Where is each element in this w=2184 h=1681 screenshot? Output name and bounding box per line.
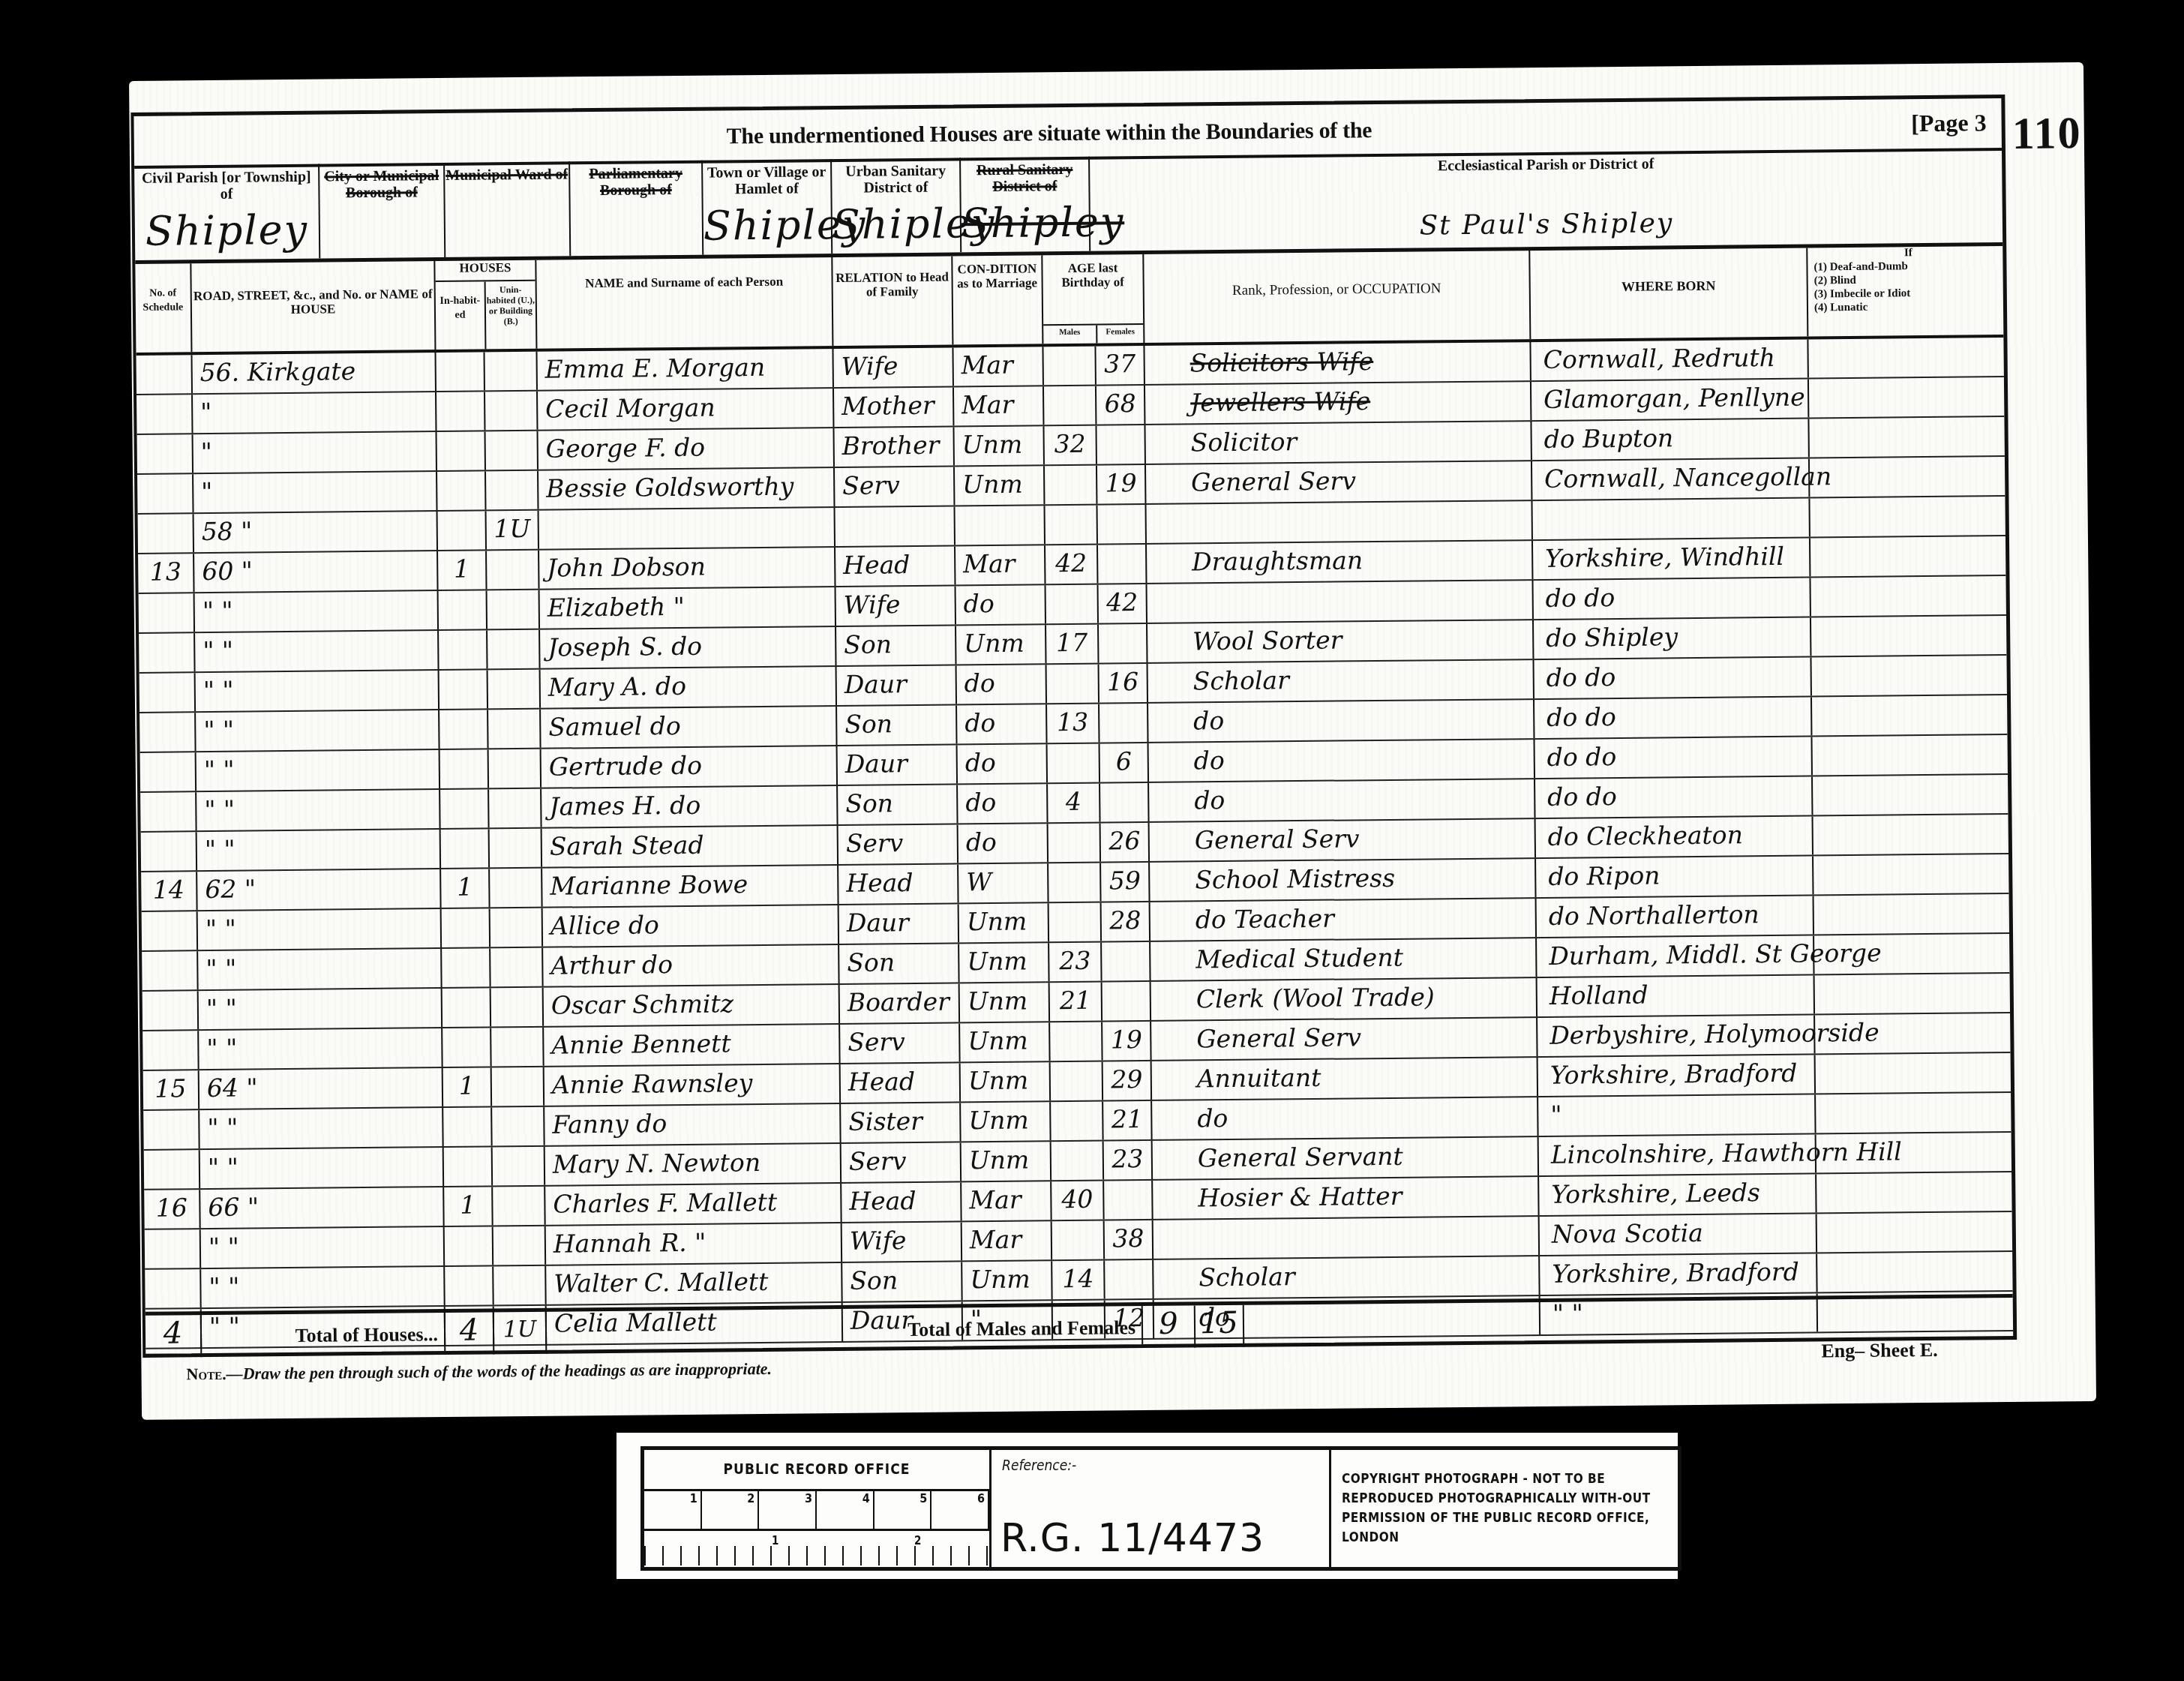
cell-schedule (144, 1150, 200, 1189)
cell-female-age (1097, 505, 1146, 544)
cell-road: " " (196, 750, 440, 791)
cell-female-age: 19 (1097, 465, 1146, 504)
cell-name: James H. do (541, 786, 838, 827)
cell-infirmity (1814, 894, 2009, 934)
cell-name: Gertrude do (541, 746, 838, 788)
header-road-label: ROAD, STREET, &c., and No. or NAME of HO… (191, 261, 434, 317)
cell-infirmity (1810, 497, 2005, 536)
cell-condition: do (956, 585, 1046, 624)
header-uninhabited: Unin-habited (U.), or Building (B.) (486, 281, 536, 350)
cell-male-age (1045, 466, 1097, 505)
cell-road: " " (196, 671, 439, 711)
cell-female-age: 21 (1103, 1101, 1152, 1140)
cell-name: Mary A. do (541, 667, 837, 708)
cell-condition: Unm (960, 1022, 1050, 1061)
cell-where-born: do do (1535, 737, 1813, 778)
census-page: 110 The undermentioned Houses are situat… (129, 62, 2096, 1420)
cell-uninhabited (491, 988, 544, 1027)
cell-road: 56. Kirkgate (193, 353, 436, 393)
cell-uninhabited (491, 1028, 544, 1067)
cell-infirmity (1810, 536, 2005, 576)
cell-inhabited (441, 829, 490, 868)
total-males: 9 (1143, 1305, 1196, 1348)
cell-name: Sarah Stead (542, 826, 838, 867)
cell-female-age: 19 (1102, 1022, 1151, 1061)
cell-name (539, 508, 835, 549)
cell-where-born: do do (1535, 776, 1813, 818)
cell-road: " " (199, 1028, 442, 1069)
cm-mark: 2 (702, 1491, 760, 1529)
cell-condition: Unm (956, 625, 1046, 664)
cell-where-born: do Cleckheaton (1536, 816, 1813, 857)
header-occupation: Rank, Profession, or OCCUPATION (1144, 251, 1531, 343)
cell-infirmity (1812, 735, 2007, 775)
header-infirmity-4: (4) Lunatic (1814, 299, 2003, 314)
area-value: Shipley (961, 202, 1090, 245)
cell-occupation: General Serv (1146, 461, 1532, 503)
cell-where-born: Cornwall, Redruth (1531, 340, 1808, 381)
cell-occupation: General Servant (1153, 1137, 1539, 1179)
cell-relation: Boarder (840, 983, 960, 1023)
cell-uninhabited (493, 1187, 545, 1226)
cell-female-age (1102, 942, 1150, 981)
cell-road: " " (198, 949, 442, 989)
cell-infirmity (1808, 338, 2003, 377)
header-relation-label: RELATION to Head of Family (832, 256, 952, 299)
cell-schedule (137, 434, 193, 473)
cell-inhabited (437, 471, 486, 510)
area-value: Shipley (832, 203, 961, 246)
cell-uninhabited (487, 590, 540, 629)
cell-relation: Daur (839, 904, 959, 944)
record-office-title: PUBLIC RECORD OFFICE (644, 1450, 989, 1491)
cell-name: Elizabeth " (540, 587, 836, 629)
cell-schedule (139, 673, 196, 712)
total-females: 15 (1195, 1305, 1245, 1348)
cell-inhabited (442, 988, 491, 1027)
cell-schedule (142, 951, 198, 990)
cell-female-age: 6 (1100, 743, 1149, 782)
area-label: Urban Sanitary District of (832, 158, 959, 197)
cell-uninhabited (489, 789, 541, 828)
cm-scale: 123456 (644, 1491, 989, 1531)
cell-road: " " (196, 710, 439, 751)
cell-inhabited (439, 630, 487, 669)
cell-road: " " (201, 1227, 445, 1268)
cell-inhabited: 1 (438, 551, 487, 590)
cell-male-age (1051, 1142, 1104, 1181)
cell-inhabited (442, 948, 490, 987)
cell-schedule (142, 1031, 199, 1070)
cell-road: 64 " (199, 1068, 443, 1109)
cell-relation: Head (841, 1063, 961, 1103)
total-schedules: 4 (145, 1315, 202, 1358)
cell-inhabited: 1 (443, 1067, 492, 1106)
header-name-label: NAME and Surname of each Person (536, 257, 831, 291)
cell-road: 58 " (194, 512, 438, 552)
cell-relation: Sister (841, 1103, 961, 1142)
cell-condition: Unm (962, 1261, 1052, 1300)
cell-female-age (1105, 1260, 1153, 1299)
cell-infirmity (1816, 1093, 2011, 1133)
cell-infirmity (1815, 1013, 2010, 1053)
area-box-1: Civil Parish [or Township] ofShipley (134, 164, 320, 260)
cell-inhabited (439, 710, 488, 749)
header-infirmity-2: (2) Blind (1814, 272, 2003, 287)
cell-male-age (1045, 506, 1097, 545)
cell-road: " (193, 392, 436, 433)
cell-infirmity (1817, 1252, 2012, 1292)
cell-uninhabited (493, 1226, 546, 1265)
cell-condition: do (958, 824, 1048, 863)
cell-condition: W (958, 863, 1048, 902)
header-schedule: No. of Schedule (135, 263, 192, 353)
cell-uninhabited (493, 1147, 545, 1186)
cell-male-age: 23 (1049, 943, 1102, 982)
cell-uninhabited (490, 948, 543, 987)
cell-relation: Head (841, 1182, 961, 1222)
cell-occupation: Draughtsman (1147, 541, 1533, 583)
cell-relation: Wife (842, 1222, 962, 1262)
cell-road: 60 " (194, 551, 438, 592)
cell-road: " " (201, 1267, 445, 1307)
header-condition-label: CON-DITION as to Marriage (952, 255, 1041, 290)
cell-relation: Son (839, 944, 959, 983)
cell-occupation: Medical Student (1150, 938, 1537, 980)
cell-female-age (1099, 704, 1148, 743)
cell-schedule (137, 474, 193, 513)
area-value (445, 248, 569, 250)
cell-male-age: 21 (1050, 983, 1102, 1022)
cell-name: Hannah R. " (546, 1223, 842, 1265)
cell-name: Allice do (543, 905, 839, 947)
cell-inhabited (445, 1226, 493, 1265)
cm-mark: 5 (874, 1491, 932, 1529)
cell-relation: Serv (835, 467, 955, 506)
header-relation: RELATION to Head of Family (832, 256, 953, 346)
cell-road: " " (195, 631, 439, 671)
cell-road: 66 " (200, 1187, 444, 1228)
cell-occupation: Annuitant (1152, 1058, 1538, 1100)
cell-male-age: 40 (1051, 1181, 1104, 1220)
cell-infirmity (1814, 934, 2009, 974)
cell-name: Oscar Schmitz (544, 985, 840, 1026)
cell-occupation: School Mistress (1150, 859, 1536, 901)
cell-relation: Serv (841, 1142, 961, 1182)
cell-schedule (136, 395, 193, 434)
cell-male-age (1049, 903, 1102, 942)
cell-road: " " (199, 989, 442, 1029)
form-title: The undermentioned Houses are situate wi… (727, 118, 1372, 149)
cell-uninhabited: 1U (487, 511, 539, 550)
cell-road: 62 " (197, 869, 441, 910)
cell-relation: Son (842, 1262, 962, 1301)
cell-female-age: 28 (1102, 902, 1150, 941)
header-condition: CON-DITION as to Marriage (952, 255, 1043, 344)
cell-schedule (139, 593, 195, 632)
cell-male-age: 13 (1047, 704, 1099, 743)
cell-infirmity (1809, 417, 2004, 457)
boundary-areas: Civil Parish [or Township] ofShipleyCity… (134, 148, 2002, 264)
cm-mark: 3 (759, 1491, 817, 1529)
cell-relation: Daur (838, 745, 958, 785)
reference-box: Reference:- R.G. 11/4473 (991, 1450, 1331, 1567)
total-inhabited: 4 (445, 1312, 495, 1355)
cell-female-age (1096, 425, 1145, 464)
footnote-text: —Draw the pen through such of the words … (226, 1359, 772, 1383)
cell-name: Cecil Morgan (538, 389, 834, 430)
cell-male-age: 42 (1045, 545, 1098, 584)
cell-name: Mary N. Newton (545, 1144, 841, 1185)
cell-infirmity (1811, 656, 2006, 695)
header-where-born: WHERE BORN (1530, 248, 1808, 340)
cell-female-age: 23 (1104, 1141, 1153, 1180)
cell-uninhabited (488, 670, 541, 709)
inch-scale: 12 (644, 1531, 989, 1565)
cell-schedule (138, 514, 194, 553)
cell-occupation: Hosier & Hatter (1153, 1177, 1539, 1219)
cell-condition: Unm (960, 983, 1050, 1022)
cell-inhabited: 1 (444, 1187, 493, 1226)
area-label: City or Municipal Borough of (319, 163, 443, 202)
cell-female-age: 42 (1099, 584, 1147, 623)
cell-uninhabited (490, 829, 542, 868)
cell-name: Bessie Goldsworthy (538, 468, 835, 509)
cell-occupation (1146, 501, 1532, 543)
cell-where-born: Yorkshire, Leeds (1539, 1174, 1816, 1215)
cell-occupation: Jewellers Wife (1145, 382, 1531, 424)
area-box-6: Urban Sanitary District ofShipley (832, 158, 961, 254)
census-rows: 56. KirkgateEmma E. MorganWifeMar37Solic… (136, 338, 2014, 1349)
area-value: Shipley (135, 209, 319, 253)
total-houses-text: Total of Houses... (295, 1323, 438, 1346)
area-box-3: Municipal Ward of (445, 161, 571, 257)
cell-infirmity (1813, 815, 2008, 854)
cell-where-born: do Shipley (1534, 618, 1811, 659)
cell-road: " " (200, 1148, 444, 1188)
cell-female-age (1099, 624, 1147, 663)
cell-where-born: Nova Scotia (1540, 1214, 1817, 1255)
cell-where-born: Cornwall, Nancegollan (1532, 459, 1810, 500)
cell-name: Emma E. Morgan (537, 349, 833, 390)
cell-road: " " (196, 790, 440, 830)
cell-infirmity (1813, 854, 2008, 894)
area-label: Civil Parish [or Township] of (134, 164, 318, 203)
cell-where-born (1532, 499, 1810, 540)
cell-relation: Son (838, 785, 958, 824)
cell-female-age: 37 (1096, 346, 1144, 385)
cell-road: " " (199, 1108, 443, 1148)
cell-condition: Unm (961, 1102, 1051, 1141)
cell-uninhabited (490, 869, 542, 908)
cell-where-born: do do (1533, 578, 1810, 620)
header-females: Females (1097, 325, 1143, 344)
cell-male-age (1043, 347, 1096, 386)
cell-male-age (1051, 1102, 1103, 1141)
cell-inhabited (442, 1028, 491, 1067)
cell-male-age (1050, 1022, 1102, 1061)
header-inhabited: In-habit-ed (436, 281, 487, 350)
area-label: Rural Sanitary District of (961, 157, 1088, 196)
cell-female-age: 16 (1099, 664, 1148, 703)
folio-number: 110 (2011, 107, 2081, 160)
cell-inhabited (445, 1266, 493, 1305)
cell-condition: do (957, 704, 1047, 743)
cell-occupation: do (1149, 779, 1535, 821)
footnote: Note.—Draw the pen through such of the w… (186, 1359, 772, 1384)
cell-where-born: do do (1534, 697, 1812, 738)
cell-occupation: Wool Sorter (1147, 620, 1534, 662)
cell-inhabited (437, 431, 486, 470)
cell-uninhabited (486, 431, 538, 470)
cell-relation: Head (835, 546, 955, 586)
cell-relation: Wife (836, 586, 956, 626)
cell-schedule (142, 911, 198, 950)
cell-occupation (1153, 1217, 1540, 1259)
total-persons-text: Total of Males and Females (907, 1316, 1135, 1340)
cell-schedule (143, 1110, 199, 1149)
cell-occupation: do (1152, 1097, 1538, 1139)
cell-relation: Head (838, 864, 958, 904)
cell-uninhabited (490, 908, 543, 947)
area-value: St Paul's Shipley (1090, 206, 2002, 244)
cell-condition (955, 506, 1045, 545)
cell-male-age: 4 (1048, 784, 1100, 823)
cell-road: " " (197, 830, 441, 870)
cell-road: " (193, 432, 437, 473)
cell-where-born: " (1538, 1094, 1816, 1136)
cell-relation: Brother (834, 427, 954, 467)
inch-mark: 2 (914, 1534, 921, 1547)
cell-infirmity (1816, 1172, 2011, 1212)
cell-condition: do (958, 744, 1048, 783)
cell-relation: Mother (834, 387, 954, 427)
cell-occupation: General Serv (1150, 819, 1536, 861)
cell-where-born: Derbyshire, Holymoorside (1537, 1015, 1815, 1056)
header-houses: HOUSES In-habit-ed Unin-habited (U.), or… (435, 260, 537, 350)
cell-female-age: 26 (1101, 823, 1150, 862)
cell-name: Marianne Bowe (542, 866, 838, 907)
cell-name: Annie Rawnsley (544, 1064, 841, 1106)
cell-female-age (1102, 982, 1151, 1021)
cell-condition: Unm (959, 943, 1049, 982)
cell-name: Joseph S. do (540, 627, 836, 668)
cell-name: Samuel do (541, 707, 837, 748)
cell-relation: Daur (837, 665, 957, 705)
cell-uninhabited (484, 352, 537, 391)
cell-infirmity (1816, 1053, 2011, 1093)
cell-male-age (1052, 1221, 1105, 1260)
cell-schedule (142, 991, 199, 1030)
cell-inhabited (440, 789, 489, 828)
cm-mark: 6 (931, 1491, 989, 1529)
cell-infirmity (1810, 576, 2005, 616)
cell-male-age (1051, 1062, 1103, 1101)
cell-female-age (1100, 783, 1149, 822)
area-box-5: Town or Village or Hamlet ofShipley (703, 159, 832, 255)
cell-male-age: 32 (1044, 426, 1096, 465)
cell-uninhabited (492, 1067, 544, 1106)
cell-occupation: Solicitors Wife (1144, 342, 1531, 384)
cell-relation: Wife (833, 347, 953, 387)
cell-where-born: Yorkshire, Windhill (1533, 539, 1810, 580)
cell-occupation: do (1148, 700, 1534, 742)
cell-inhabited (440, 749, 489, 788)
cell-relation (835, 506, 955, 546)
cell-schedule: 13 (138, 554, 194, 593)
scale-ruler: PUBLIC RECORD OFFICE 123456 12 (644, 1450, 991, 1567)
cell-name: Fanny do (544, 1104, 841, 1145)
cell-inhabited: 1 (441, 869, 490, 908)
cell-schedule (141, 832, 197, 871)
area-box-2: City or Municipal Borough of (319, 163, 445, 259)
cell-road: " (193, 472, 437, 512)
cell-name: Walter C. Mallett (546, 1263, 842, 1304)
cell-where-born: do do (1534, 657, 1811, 698)
cell-occupation: Solicitor (1145, 422, 1531, 464)
cell-female-age: 38 (1105, 1220, 1153, 1259)
reference-value: R.G. 11/4473 (1000, 1516, 1264, 1561)
cell-condition: do (958, 784, 1048, 823)
cell-uninhabited (487, 630, 540, 669)
cell-male-age (1048, 744, 1100, 783)
cell-schedule (145, 1229, 201, 1268)
cell-condition: Mar (954, 386, 1044, 425)
cell-uninhabited (487, 551, 539, 590)
cell-infirmity (1810, 457, 2005, 497)
cell-name: Annie Bennett (544, 1025, 840, 1066)
cell-relation: Serv (838, 824, 958, 864)
cell-where-born: do Ripon (1536, 856, 1813, 897)
record-office-card: PUBLIC RECORD OFFICE 123456 12 Reference… (616, 1433, 1678, 1579)
cell-where-born: Yorkshire, Bradford (1538, 1055, 1816, 1096)
header-where-born-label: WHERE BORN (1530, 248, 1807, 296)
header-infirmity-1: (1) Deaf-and-Dumb (1813, 259, 2002, 274)
header-name: NAME and Surname of each Person (536, 257, 833, 349)
cell-condition: Mar (953, 347, 1043, 386)
cell-uninhabited (488, 710, 541, 749)
cell-female-age: 29 (1103, 1061, 1152, 1100)
cell-where-born: do Northallerton (1537, 896, 1814, 937)
area-value (320, 250, 444, 251)
cell-where-born: Lincolnshire, Hawthorn Hill (1539, 1134, 1816, 1175)
cell-infirmity (1811, 616, 2006, 656)
cell-inhabited (438, 511, 487, 550)
header-houses-label: HOUSES (435, 260, 535, 282)
cell-female-age: 68 (1096, 386, 1145, 425)
cell-condition: Unm (961, 1142, 1051, 1181)
cell-occupation: Scholar (1148, 660, 1534, 702)
cell-male-age: 14 (1052, 1261, 1105, 1300)
area-box-7: Rural Sanitary District ofShipley (961, 157, 1090, 253)
cell-uninhabited (492, 1107, 544, 1146)
cell-schedule (139, 713, 196, 752)
header-road: ROAD, STREET, &c., and No. or NAME of HO… (191, 261, 436, 352)
cell-inhabited (439, 670, 488, 709)
census-form: The undermentioned Houses are situate wi… (130, 95, 2017, 1358)
cell-inhabited (442, 908, 490, 947)
page-label: [Page 3 (1911, 109, 1987, 137)
cell-where-born: do Bupton (1531, 419, 1809, 461)
cell-infirmity (1812, 695, 2007, 735)
area-label: Parliamentary Borough of (570, 161, 701, 200)
cell-relation: Son (836, 626, 956, 665)
header-age-label: AGE last Birthday of (1042, 254, 1143, 324)
total-persons-label: Total of Males and Females (547, 1306, 1144, 1354)
cm-mark: 1 (644, 1491, 702, 1529)
cell-occupation: General Serv (1151, 1018, 1537, 1060)
cell-uninhabited (489, 749, 541, 788)
